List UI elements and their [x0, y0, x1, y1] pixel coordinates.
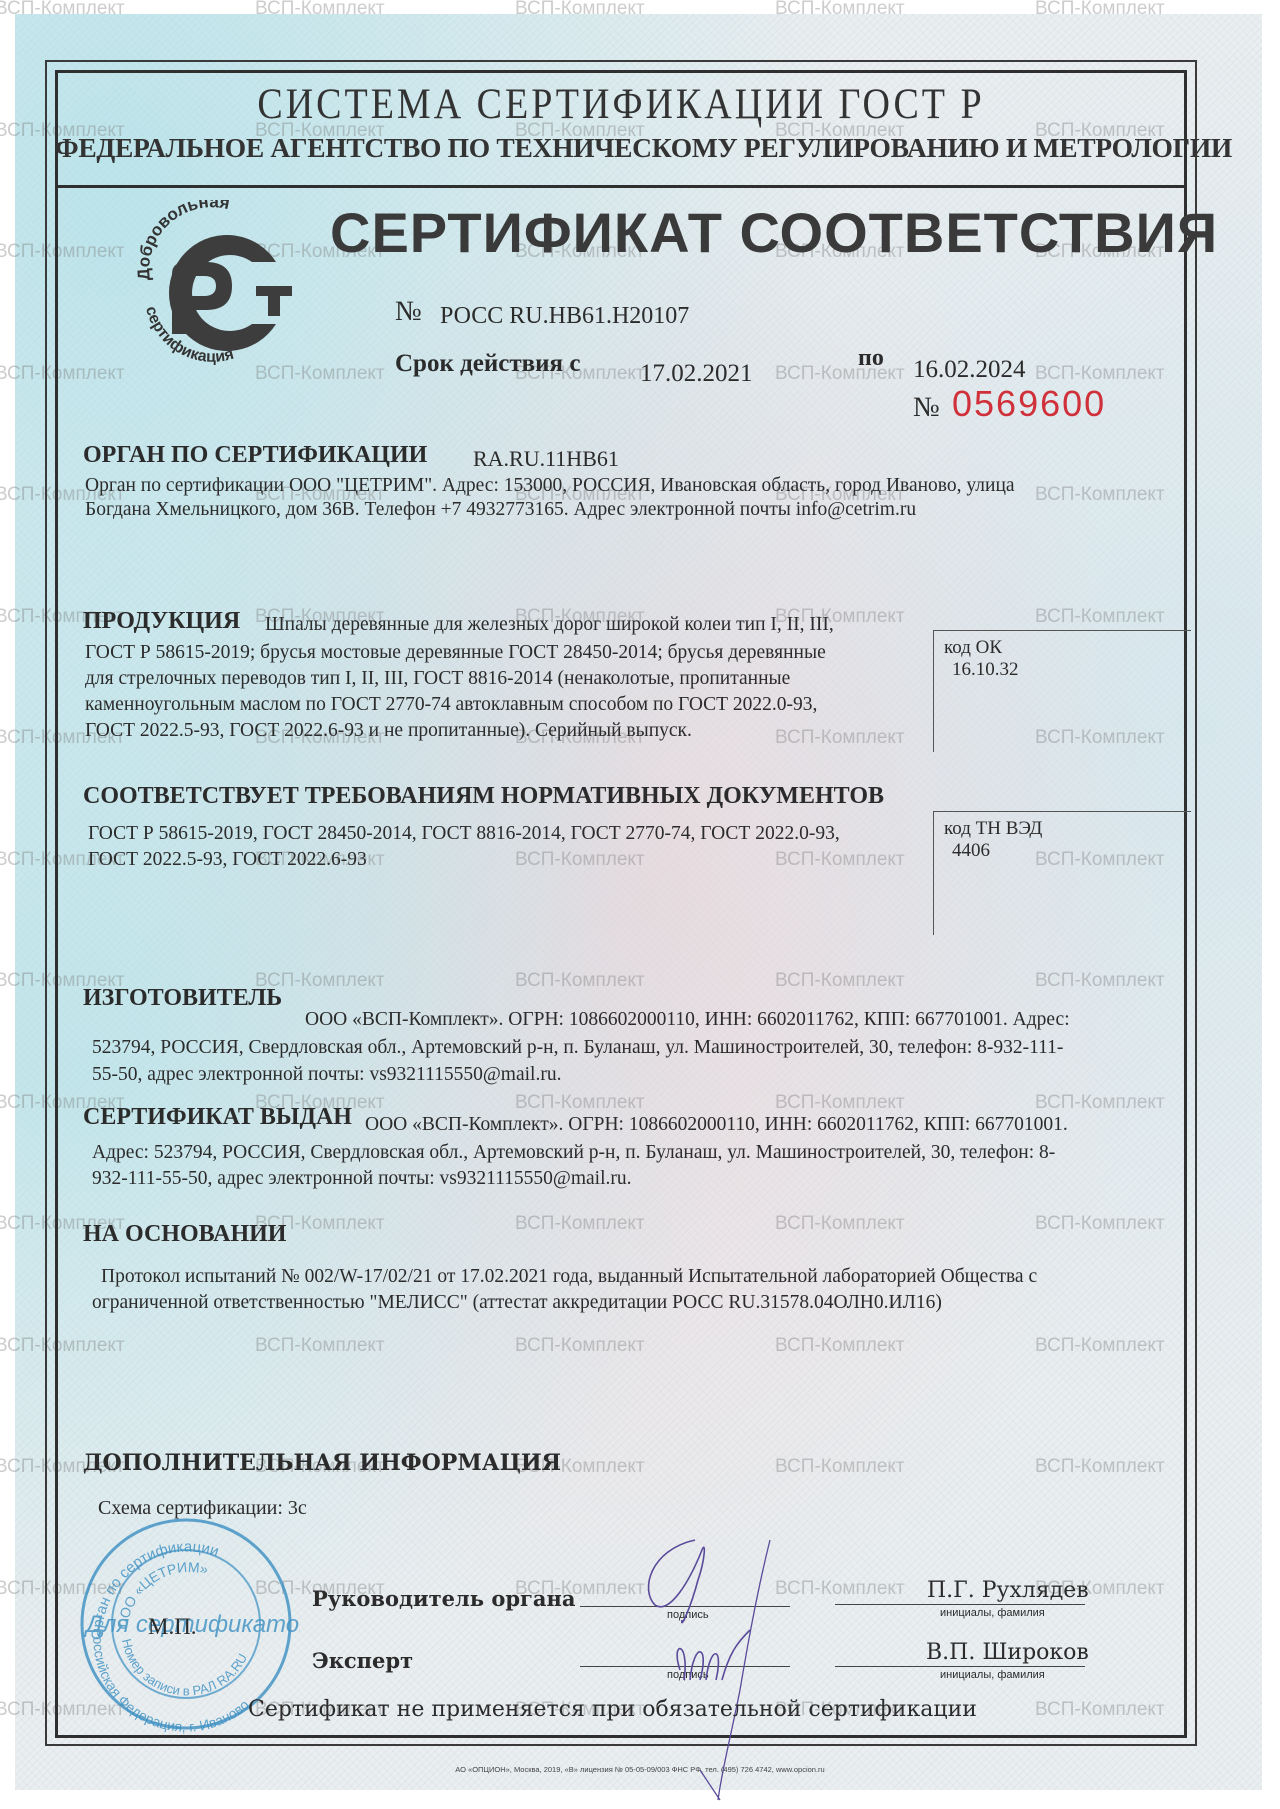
footer-notice: Сертификат не применяется при обязательн… [248, 1697, 977, 1722]
validity-label: Срок действия с [395, 350, 580, 378]
seal-label: М.П. [148, 1614, 197, 1640]
issued-to-line-2: 932-111-55-50, адрес электронной почты: … [92, 1167, 632, 1191]
serial-label: № [913, 392, 940, 424]
manufacturer-line-2: 55-50, адрес электронной почты: vs932111… [92, 1063, 561, 1087]
conformity-line-1: ГОСТ Р 58615-2019, ГОСТ 28450-2014, ГОСТ… [88, 822, 840, 846]
manufacturer-line-1: 523794, РОССИЯ, Свердловская обл., Артем… [92, 1036, 1063, 1060]
product-line-1: ГОСТ Р 58615-2019; брусья мостовые дерев… [85, 641, 826, 665]
basis-line-2: ограниченной ответственностью "МЕЛИСС" (… [92, 1291, 942, 1315]
okpd-code-box: код ОК 16.10.32 [933, 630, 1191, 752]
head-label: Руководитель органа [312, 1586, 575, 1611]
expert-name: В.П. Широков [926, 1640, 1089, 1665]
issued-to-line-1: Адрес: 523794, РОССИЯ, Свердловская обл.… [92, 1141, 1055, 1165]
valid-to-date: 16.02.2024 [913, 356, 1026, 384]
cert-body-line-2: Богдана Хмельницкого, дом 36В. Телефон +… [85, 498, 916, 522]
valid-from-date: 17.02.2021 [640, 360, 753, 388]
issued-to-heading: СЕРТИФИКАТ ВЫДАН [83, 1104, 352, 1131]
additional-heading: ДОПОЛНИТЕЛЬНАЯ ИНФОРМАЦИЯ [83, 1450, 561, 1476]
cert-body-code: RA.RU.11HB61 [473, 446, 619, 472]
cert-body-line-1: Орган по сертификации ООО "ЦЕТРИМ". Адре… [85, 474, 1015, 498]
printer-info: АО «ОПЦИОН», Москва, 2019, «В» лицензия … [0, 1765, 1280, 1774]
product-line-2: для стрелочных переводов тип I, II, III,… [85, 667, 790, 691]
manufacturer-heading: ИЗГОТОВИТЕЛЬ [83, 985, 282, 1012]
cert-body-heading: ОРГАН ПО СЕРТИФИКАЦИИ [83, 442, 427, 469]
rst-logo-icon: Добровольная сертификация [128, 200, 298, 372]
head-name-line [835, 1604, 1085, 1605]
tnved-code-box: код ТН ВЭД 4406 [933, 811, 1191, 935]
product-heading: ПРОДУКЦИЯ [83, 608, 240, 635]
expert-name-caption: инициалы, фамилия [940, 1669, 1045, 1681]
header-divider [55, 185, 1187, 188]
basis-heading: НА ОСНОВАНИИ [83, 1221, 286, 1248]
product-first-line: Шпалы деревянные для железных дорог широ… [265, 613, 834, 637]
head-name-caption: инициалы, фамилия [940, 1607, 1045, 1619]
rst-logo: Добровольная сертификация [128, 200, 298, 372]
number-label: № [395, 296, 422, 328]
okpd-code-label: код ОК [944, 637, 1191, 659]
serial-number: 0569600 [952, 383, 1106, 425]
valid-to-label: по [858, 345, 884, 372]
product-line-3: каменноугольным маслом по ГОСТ 2770-74 а… [85, 693, 817, 717]
agency-name: ФЕДЕРАЛЬНОЕ АГЕНТСТВО ПО ТЕХНИЧЕСКОМУ РЕ… [55, 132, 1187, 164]
conformity-heading: СООТВЕТСТВУЕТ ТРЕБОВАНИЯМ НОРМАТИВНЫХ ДО… [83, 783, 884, 810]
certificate-number: РОСС RU.HB61.H20107 [440, 303, 689, 330]
conformity-line-2: ГОСТ 2022.5-93, ГОСТ 2022.6-93 [88, 848, 367, 872]
system-title: СИСТЕМА СЕРТИФИКАЦИИ ГОСТ Р [55, 79, 1187, 130]
basis-line-1: Протокол испытаний № 002/W-17/02/21 от 1… [101, 1265, 1037, 1289]
head-name: П.Г. Рухлядев [927, 1578, 1089, 1603]
expert-label: Эксперт [312, 1648, 413, 1673]
issued-to-first-line: ООО «ВСП-Комплект». ОГРН: 1086602000110,… [365, 1113, 1068, 1137]
tnved-code-value: 4406 [944, 840, 1191, 862]
product-line-4: ГОСТ 2022.5-93, ГОСТ 2022.6-93 и не проп… [85, 719, 692, 743]
certificate-title: СЕРТИФИКАТ СООТВЕТСТВИЯ [330, 200, 1218, 265]
okpd-code-value: 16.10.32 [944, 659, 1191, 681]
manufacturer-first-line: ООО «ВСП-Комплект». ОГРН: 1086602000110,… [305, 1008, 1070, 1032]
tnved-code-label: код ТН ВЭД [944, 818, 1191, 840]
expert-name-line [835, 1666, 1085, 1667]
